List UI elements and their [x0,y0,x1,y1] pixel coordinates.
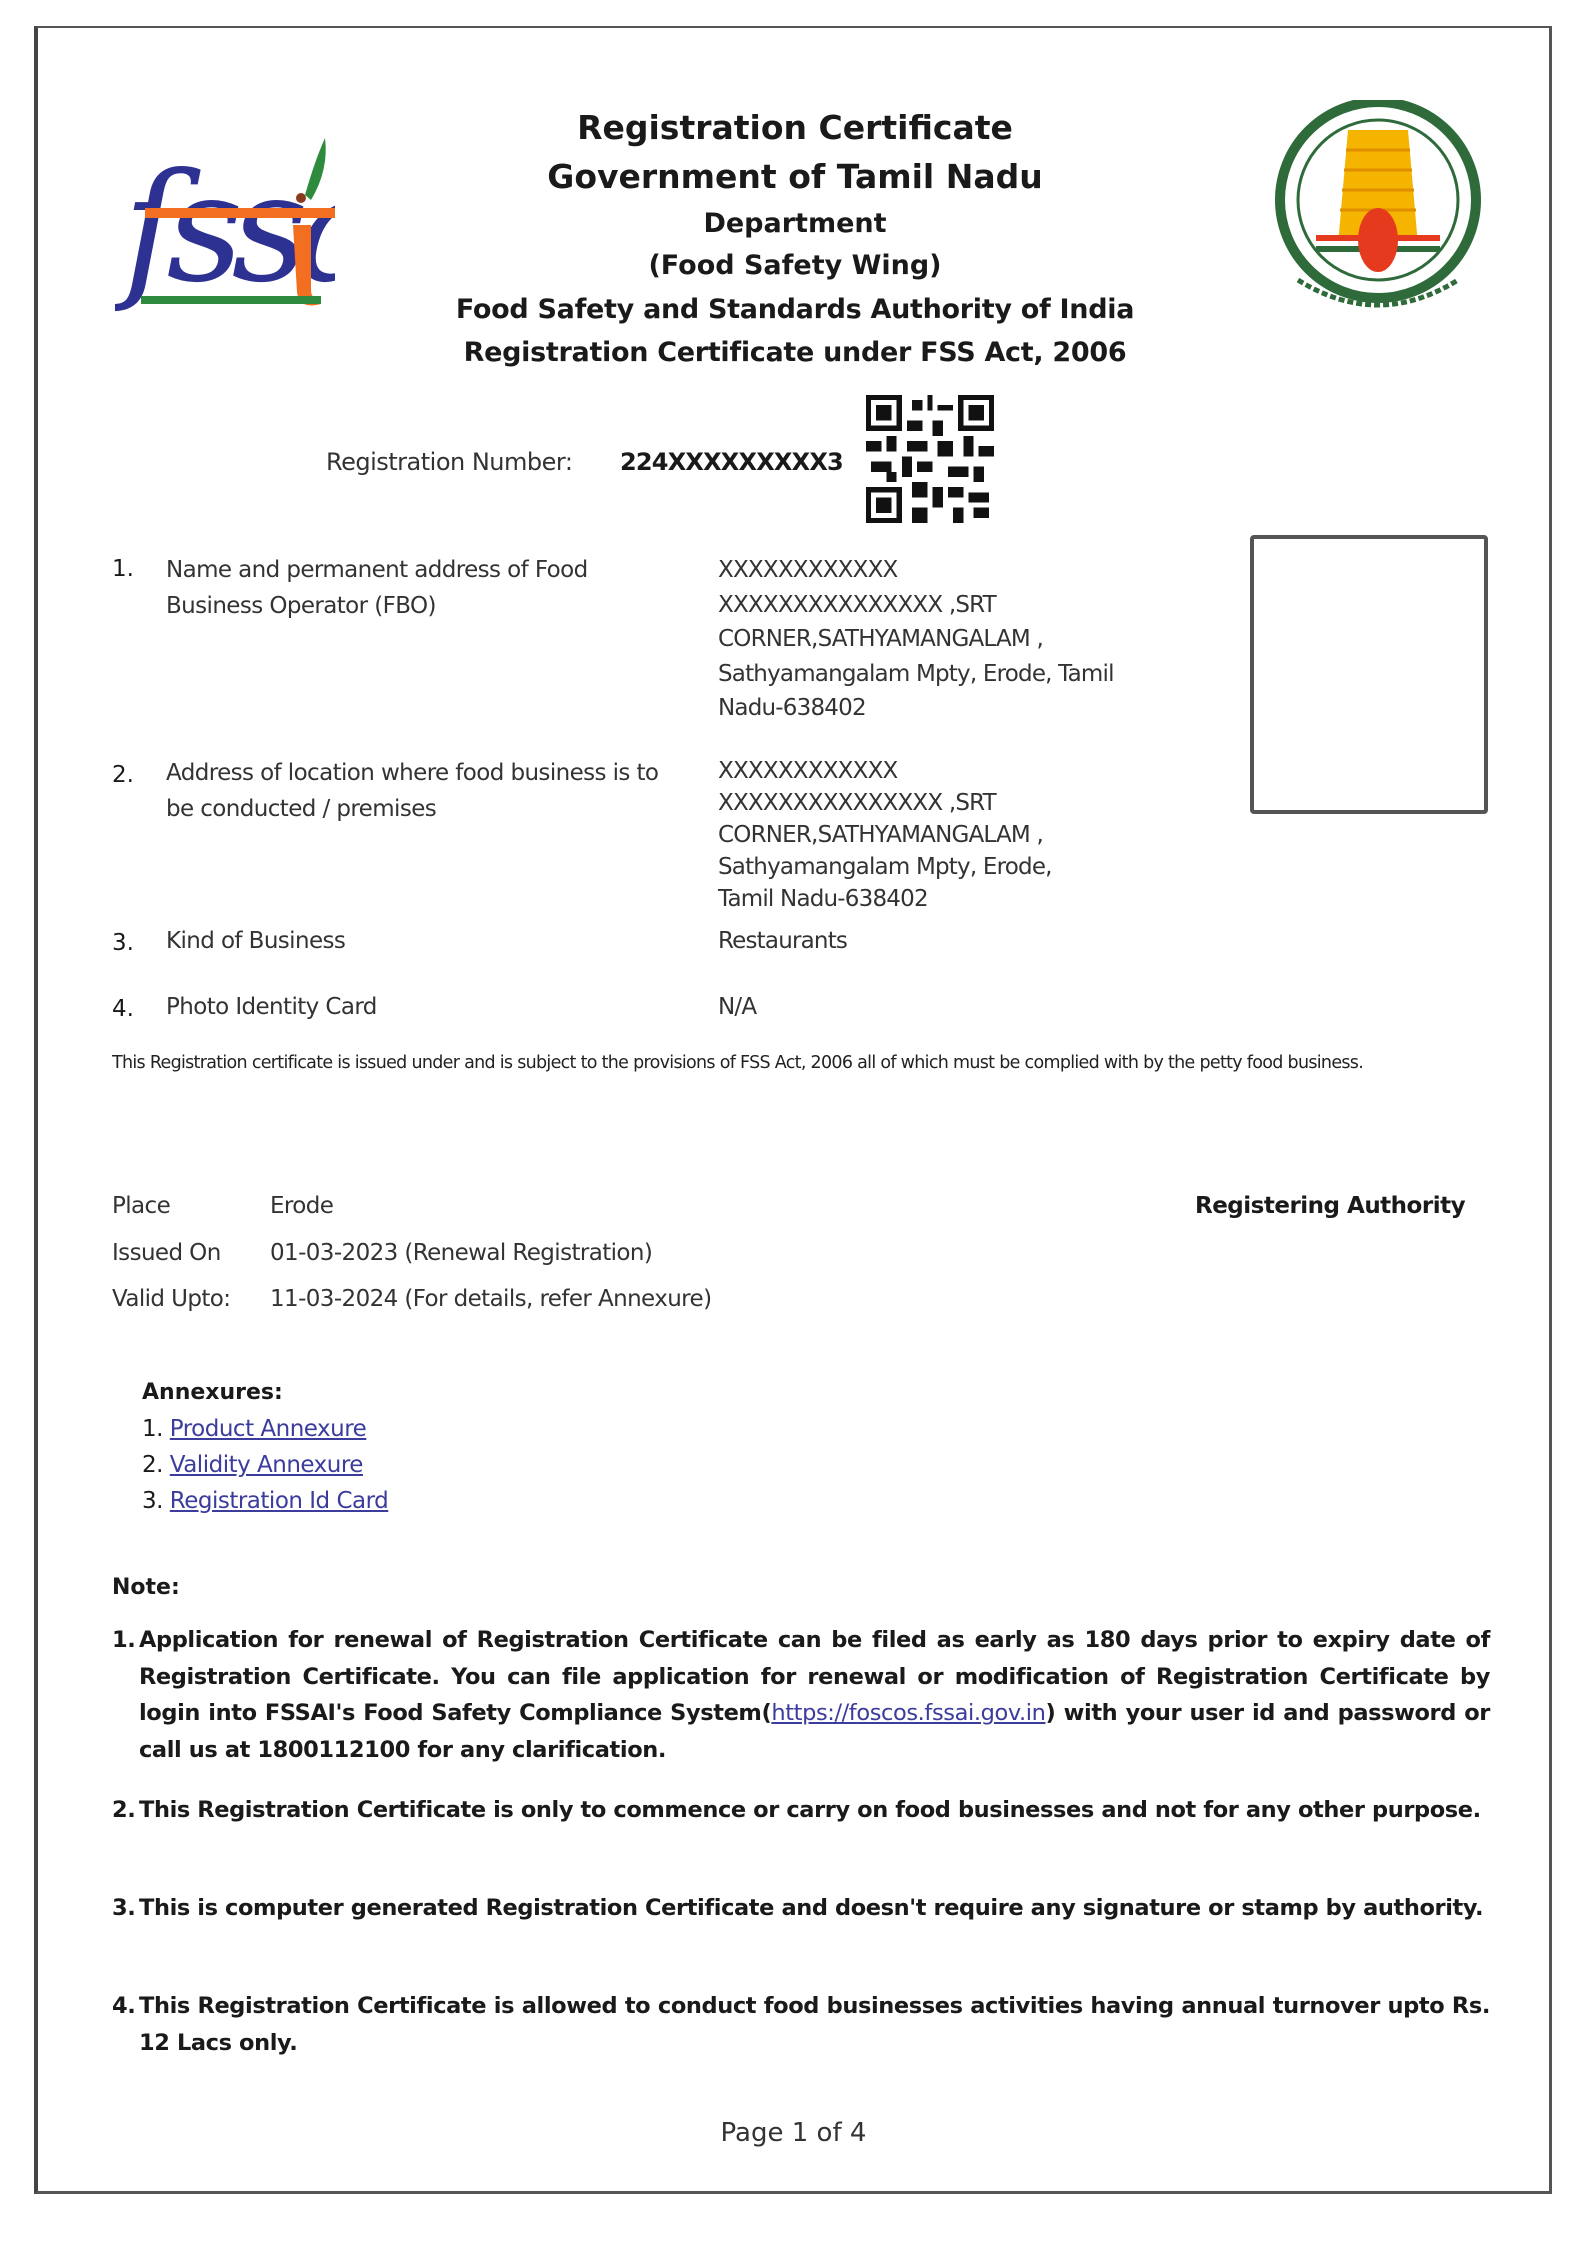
qr-code-icon[interactable] [866,395,994,523]
note-item-3: 3. This is computer generated Registrati… [112,1890,1490,1927]
registering-authority: Registering Authority [1195,1193,1465,1219]
valid-upto-label: Valid Upto: [112,1286,230,1312]
page-number: Page 1 of 4 [0,2118,1587,2148]
field-4-label: Photo Identity Card [166,989,686,1025]
note-title: Note: [112,1575,180,1600]
header-government: Government of Tamil Nadu [400,157,1190,196]
field-3-label: Kind of Business [166,923,686,959]
registration-number-value: 224XXXXXXXXX3 [620,448,843,476]
photo-placeholder [1250,535,1488,814]
field-4-value: N/A [718,990,1198,1025]
field-2-label: Address of location where food business … [166,755,686,827]
header-wing: (Food Safety Wing) [400,250,1190,281]
product-annexure-link[interactable]: Product Annexure [170,1416,367,1442]
fssai-logo: ſssa [115,100,335,320]
note-item-4: 4. This Registration Certificate is allo… [112,1988,1490,2061]
field-1-number: 1. [112,556,134,582]
place-label: Place [112,1193,170,1219]
annexure-item: 3. Registration Id Card [142,1488,388,1514]
annexure-item: 2. Validity Annexure [142,1452,363,1478]
field-1-value: XXXXXXXXXXXX XXXXXXXXXXXXXXX ,SRT CORNER… [718,553,1198,726]
note-item-2: 2. This Registration Certificate is only… [112,1792,1490,1829]
place-value: Erode [270,1193,333,1219]
field-4-number: 4. [112,996,134,1022]
issued-on-label: Issued On [112,1240,221,1266]
validity-annexure-link[interactable]: Validity Annexure [170,1452,363,1478]
header-authority: Food Safety and Standards Authority of I… [400,294,1190,325]
annexure-item: 1. Product Annexure [142,1416,366,1442]
valid-upto-value: 11-03-2024 (For details, refer Annexure) [270,1286,711,1312]
disclaimer-text: This Registration certificate is issued … [112,1050,1492,1077]
registration-id-card-link[interactable]: Registration Id Card [170,1488,389,1514]
note-item-1: 1. Application for renewal of Registrati… [112,1622,1490,1768]
header-department: Department [400,208,1190,239]
header-title: Registration Certificate [400,108,1190,147]
field-2-value: XXXXXXXXXXXX XXXXXXXXXXXXXXX ,SRT CORNER… [718,755,1198,915]
issued-on-value: 01-03-2023 (Renewal Registration) [270,1240,652,1266]
tamil-nadu-emblem-icon [1268,100,1488,320]
header-act: Registration Certificate under FSS Act, … [400,337,1190,368]
field-3-number: 3. [112,930,134,956]
field-3-value: Restaurants [718,924,1198,959]
field-2-number: 2. [112,762,134,788]
field-1-label: Name and permanent address of Food Busin… [166,552,686,624]
annexures-title: Annexures: [142,1380,283,1405]
foscos-link[interactable]: https://foscos.fssai.gov.in [771,1700,1045,1726]
registration-number-label: Registration Number: [326,448,572,476]
